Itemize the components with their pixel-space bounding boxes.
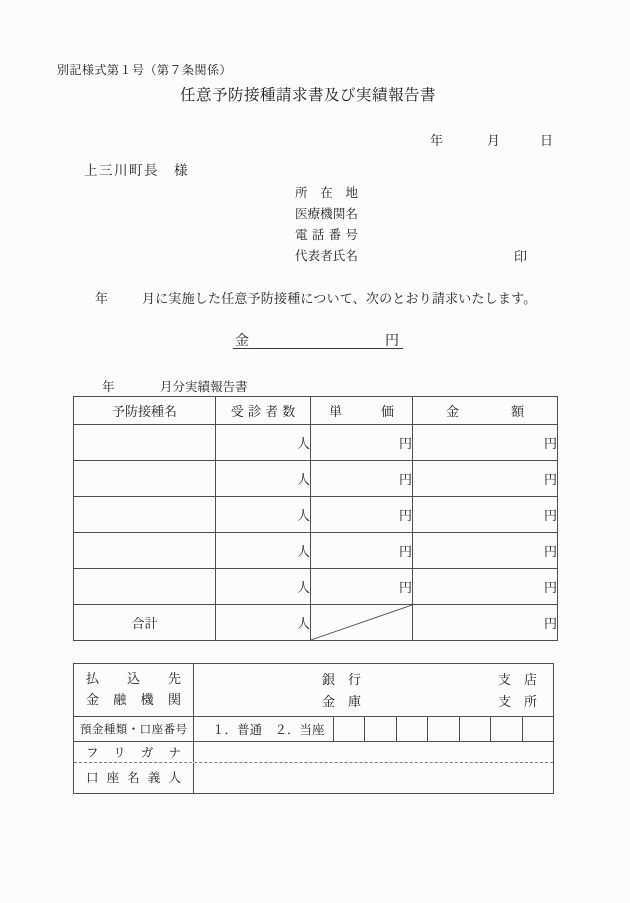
furigana-label: フリガナ xyxy=(74,742,194,762)
amount-prefix: 金 xyxy=(235,330,249,350)
account-row: 預金種類・口座番号 １．普通 ２．当座 xyxy=(74,716,553,741)
amount-cell: 円 xyxy=(413,461,558,497)
unit-price-cell: 円 xyxy=(311,497,413,533)
unit-price-cell: 円 xyxy=(311,569,413,605)
addressee: 上三川町長 様 xyxy=(84,159,189,179)
account-digit-cell xyxy=(490,717,521,741)
account-digit-cell xyxy=(396,717,427,741)
patient-count-cell: 人 xyxy=(216,533,311,569)
form-page: 別記様式第１号（第７条関係） 任意予防接種請求書及び実績報告書 年 月 日 上三… xyxy=(0,0,630,903)
total-people-cell: 人 xyxy=(216,605,311,641)
date-year-label: 年 xyxy=(430,130,443,149)
table-row: 人 円 円 xyxy=(74,461,558,497)
patient-count-cell: 人 xyxy=(216,425,311,461)
unit-price-cell: 円 xyxy=(311,533,413,569)
amount-cell: 円 xyxy=(413,425,558,461)
unit-price-cell: 円 xyxy=(311,461,413,497)
date-month-label: 月 xyxy=(487,130,500,149)
total-row: 合計 人 円 xyxy=(74,605,558,641)
vaccine-name-cell xyxy=(74,569,216,605)
total-label-cell: 合計 xyxy=(74,605,216,641)
branch-suffix-label: 支 店 xyxy=(498,669,537,688)
amount-underline-field: 金 円 xyxy=(233,330,403,349)
furigana-row: フリガナ xyxy=(74,741,553,763)
statement-text: 月に実施した任意予防接種について、次のとおり請求いたします。 xyxy=(142,288,536,307)
payee-label-line1: 払込先 xyxy=(86,669,181,690)
account-type-options: １．普通 ２．当座 xyxy=(194,717,334,741)
kinko-line: 金 庫 支 所 xyxy=(194,691,553,710)
account-digit-cell xyxy=(522,717,553,741)
table-row: 人 円 円 xyxy=(74,533,558,569)
report-caption-text: 月分実績報告書 xyxy=(160,377,248,395)
page-title: 任意予防接種請求書及び実績報告書 xyxy=(0,83,616,105)
patient-count-cell: 人 xyxy=(216,461,311,497)
table-row: 人 円 円 xyxy=(74,569,558,605)
table-row: 人 円 円 xyxy=(74,425,558,461)
address-label: 所在地 xyxy=(295,183,358,201)
total-amount-cell: 円 xyxy=(413,605,558,641)
amount-suffix: 円 xyxy=(385,330,399,350)
institution-label: 医療機関名 xyxy=(295,204,358,222)
account-digit-cell xyxy=(334,717,364,741)
kinko-suffix-label: 金 庫 xyxy=(322,691,361,710)
vaccine-name-cell xyxy=(74,425,216,461)
shisho-suffix-label: 支 所 xyxy=(498,691,537,710)
payee-row: 払込先 金融機関 銀 行 支 店 金 庫 支 所 xyxy=(74,664,553,716)
payee-label: 払込先 金融機関 xyxy=(74,664,194,716)
seal-mark: 印 xyxy=(514,246,527,265)
patient-count-cell: 人 xyxy=(216,569,311,605)
account-number-grid xyxy=(334,717,553,741)
payee-entry-area: 銀 行 支 店 金 庫 支 所 xyxy=(194,664,553,716)
vaccine-name-header: 予防接種名 xyxy=(74,397,216,425)
diagonal-line xyxy=(311,605,412,640)
furigana-entry-area xyxy=(194,742,553,762)
vaccine-name-cell xyxy=(74,533,216,569)
account-digit-cell xyxy=(459,717,490,741)
bank-line: 銀 行 支 店 xyxy=(194,669,553,688)
form-number: 別記様式第１号（第７条関係） xyxy=(57,61,232,78)
vaccine-name-cell xyxy=(74,497,216,533)
table-header-row: 予防接種名 受 診 者 数 単 価 金 額 xyxy=(74,397,558,425)
amount-cell: 円 xyxy=(413,497,558,533)
account-digit-cell xyxy=(427,717,458,741)
vaccination-report-table: 予防接種名 受 診 者 数 単 価 金 額 人 円 円 人 円 円 人 円 円 … xyxy=(73,396,558,641)
amount-header: 金 額 xyxy=(413,397,558,425)
patient-count-header: 受 診 者 数 xyxy=(216,397,311,425)
unit-price-cell: 円 xyxy=(311,425,413,461)
bank-suffix-label: 銀 行 xyxy=(322,669,361,688)
amount-cell: 円 xyxy=(413,569,558,605)
bank-payment-table: 払込先 金融機関 銀 行 支 店 金 庫 支 所 預金種類・口座番号 １．普通 … xyxy=(73,663,554,794)
diagonal-strike-cell xyxy=(311,605,413,641)
account-holder-label: 口座名義人 xyxy=(74,763,194,793)
phone-label: 電話番号 xyxy=(295,225,358,243)
table-row: 人 円 円 xyxy=(74,497,558,533)
payee-label-line2: 金融機関 xyxy=(86,690,181,711)
account-type-label: 預金種類・口座番号 xyxy=(74,717,194,741)
date-day-label: 日 xyxy=(540,130,553,149)
patient-count-cell: 人 xyxy=(216,497,311,533)
unit-price-header: 単 価 xyxy=(311,397,413,425)
account-digit-cell xyxy=(364,717,395,741)
vaccine-name-cell xyxy=(74,461,216,497)
representative-label: 代表者氏名 xyxy=(295,246,358,264)
report-caption-year: 年 xyxy=(102,377,115,395)
amount-cell: 円 xyxy=(413,533,558,569)
account-holder-row: 口座名義人 xyxy=(74,763,553,793)
account-holder-entry-area xyxy=(194,763,553,793)
statement-year-label: 年 xyxy=(95,288,108,307)
